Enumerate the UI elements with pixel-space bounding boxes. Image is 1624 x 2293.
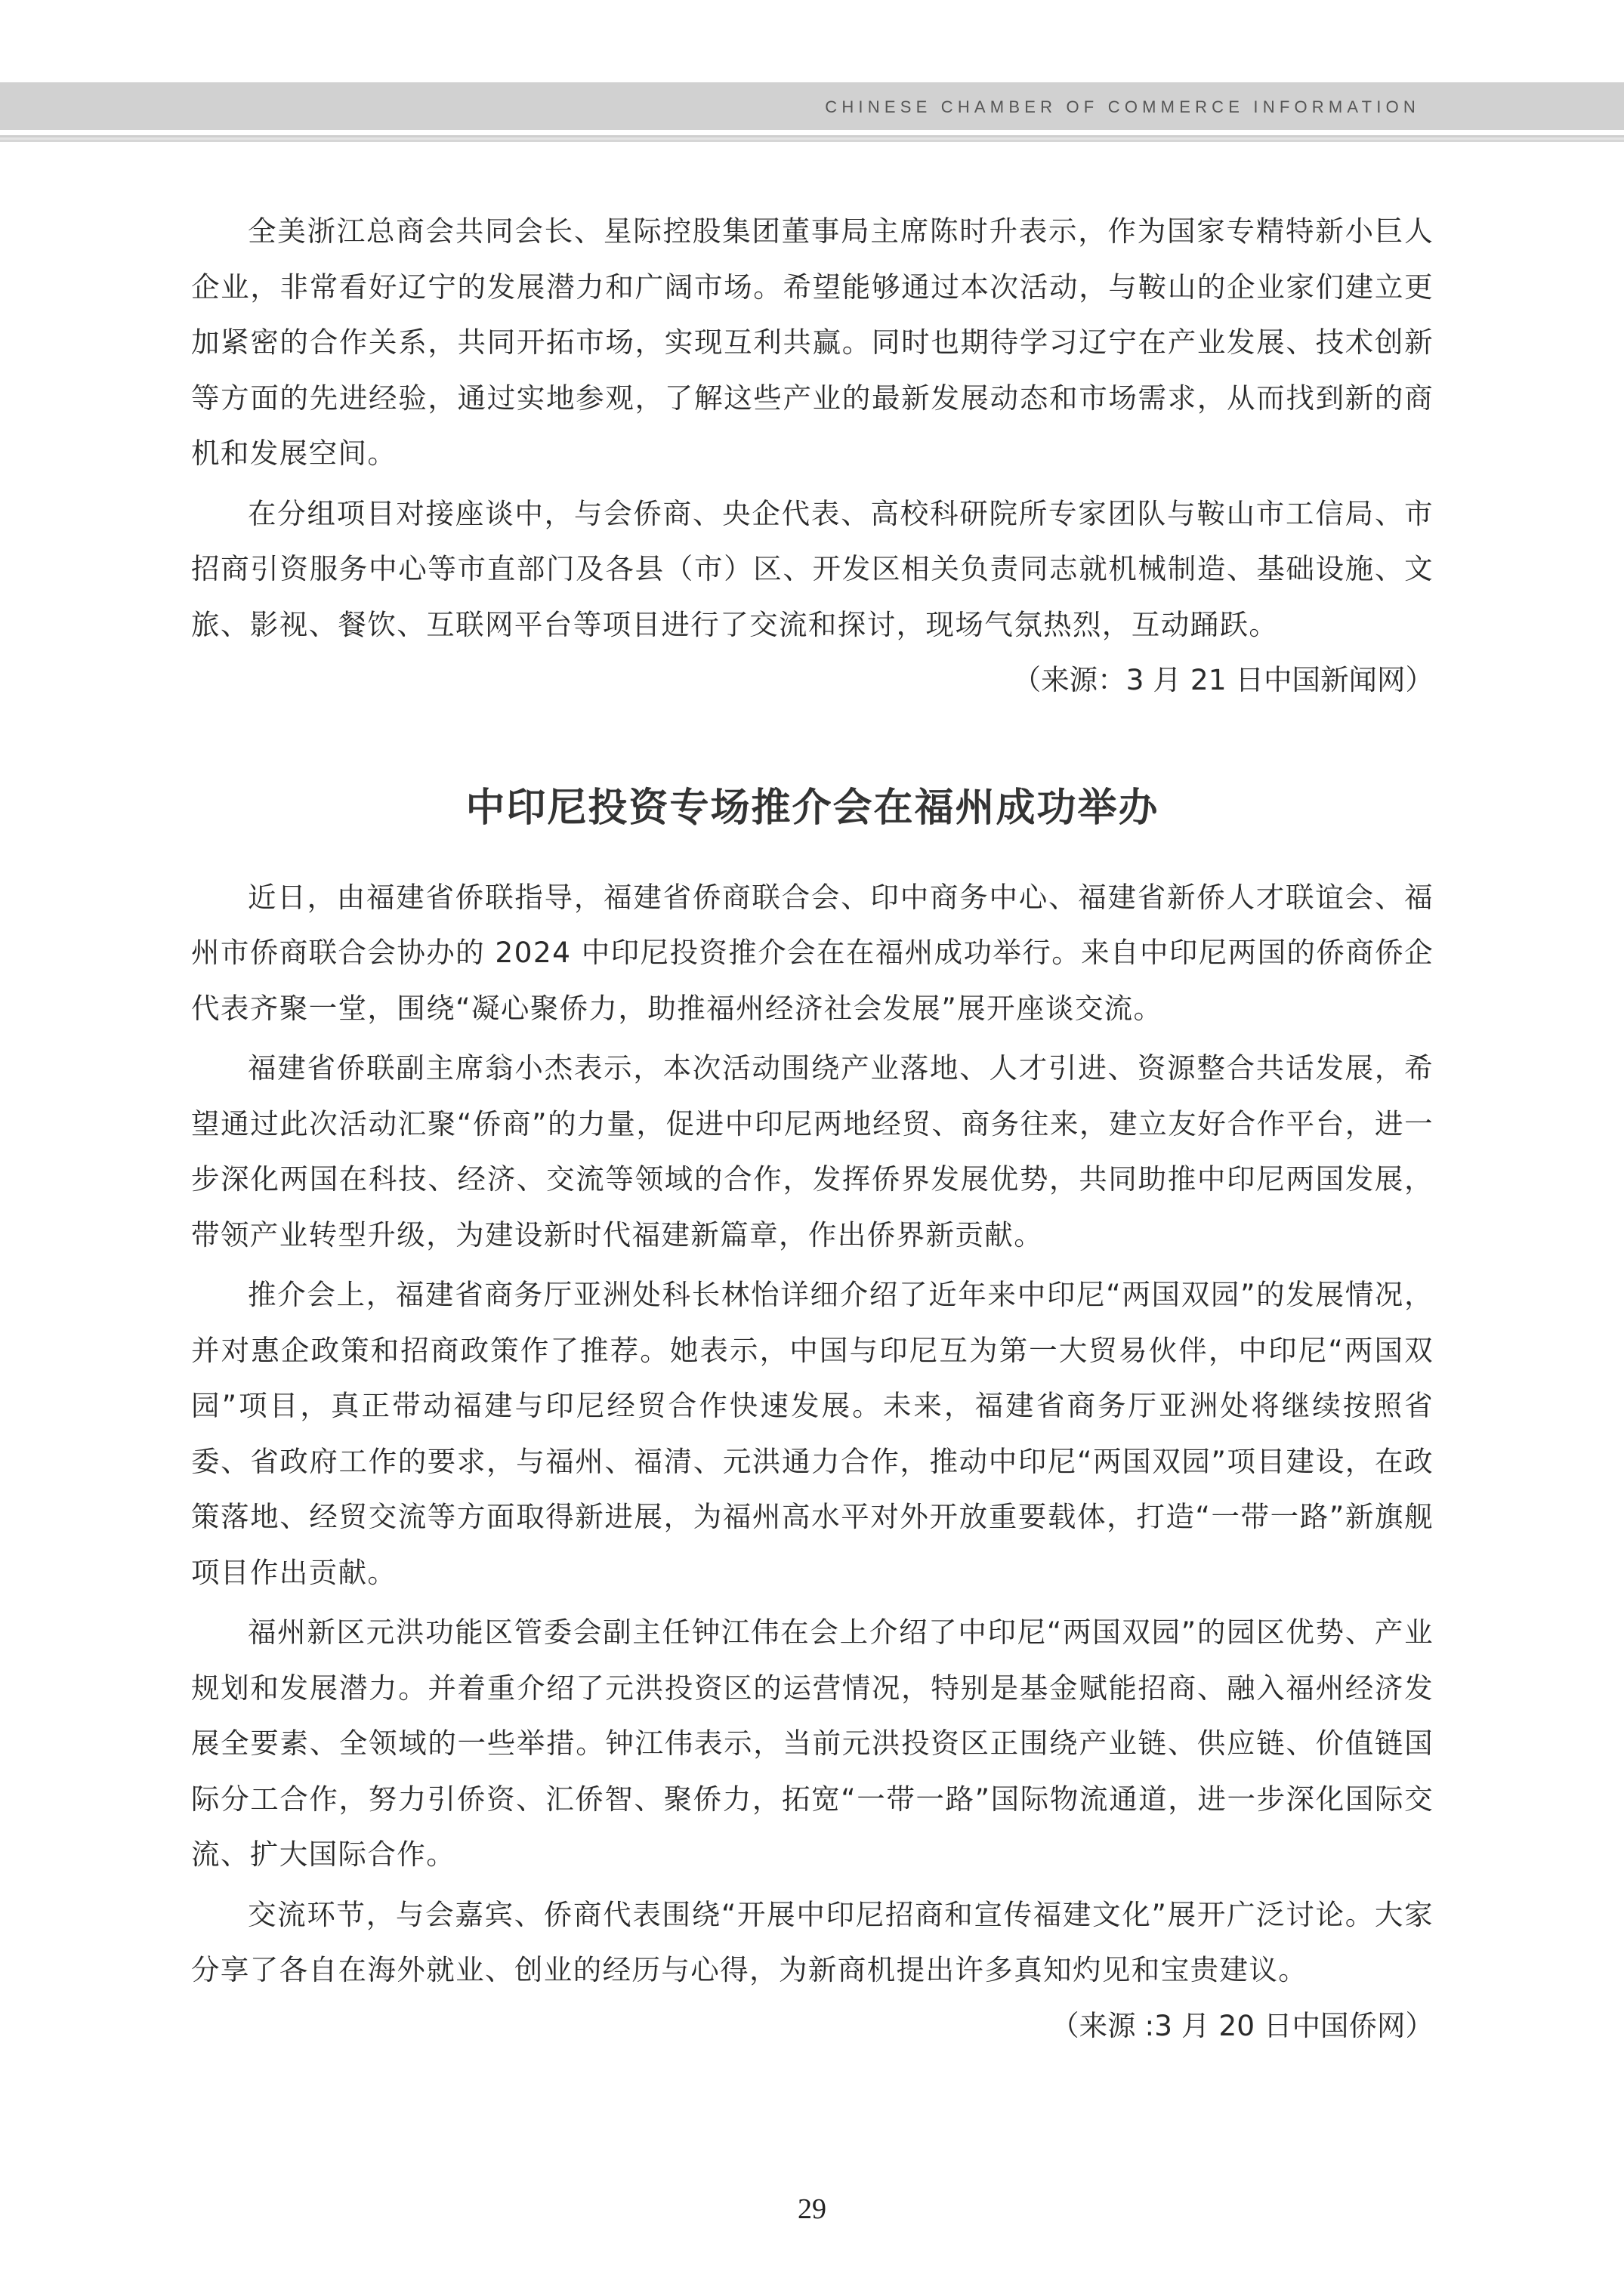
previous-article-continuation: 全美浙江总商会共同会长、星际控股集团董事局主席陈时升表示，作为国家专精特新小巨人… [191,204,1434,708]
running-header-band: CHINESE CHAMBER OF COMMERCE INFORMATION [0,82,1624,130]
paragraph: 福建省侨联副主席翁小杰表示，本次活动围绕产业落地、人才引进、资源整合共话发展，希… [191,1041,1434,1263]
source-citation: （来源：3 月 21 日中国新闻网） [191,653,1434,708]
article: 中印尼投资专场推介会在福州成功举办 近日，由福建省侨联指导，福建省侨商联合会、印… [191,778,1434,2054]
publication-name: CHINESE CHAMBER OF COMMERCE INFORMATION [825,99,1420,116]
paragraph: 近日，由福建省侨联指导，福建省侨商联合会、印中商务中心、福建省新侨人才联谊会、福… [191,870,1434,1037]
header-divider [0,135,1624,142]
source-citation: （来源 :3 月 20 日中国侨网） [191,1998,1434,2054]
paragraph: 交流环节，与会嘉宾、侨商代表围绕“开展中印尼招商和宣传福建文化”展开广泛讨论。大… [191,1887,1434,1998]
page-number: 29 [0,2193,1624,2226]
paragraph: 在分组项目对接座谈中，与会侨商、央企代表、高校科研院所专家团队与鞍山市工信局、市… [191,486,1434,653]
page-content: 全美浙江总商会共同会长、星际控股集团董事局主席陈时升表示，作为国家专精特新小巨人… [191,204,1434,2054]
article-title: 中印尼投资专场推介会在福州成功举办 [191,778,1434,838]
paragraph: 全美浙江总商会共同会长、星际控股集团董事局主席陈时升表示，作为国家专精特新小巨人… [191,204,1434,482]
paragraph: 福州新区元洪功能区管委会副主任钟江伟在会上介绍了中印尼“两国双园”的园区优势、产… [191,1605,1434,1883]
paragraph: 推介会上，福建省商务厅亚洲处科长林怡详细介绍了近年来中印尼“两国双园”的发展情况… [191,1267,1434,1600]
